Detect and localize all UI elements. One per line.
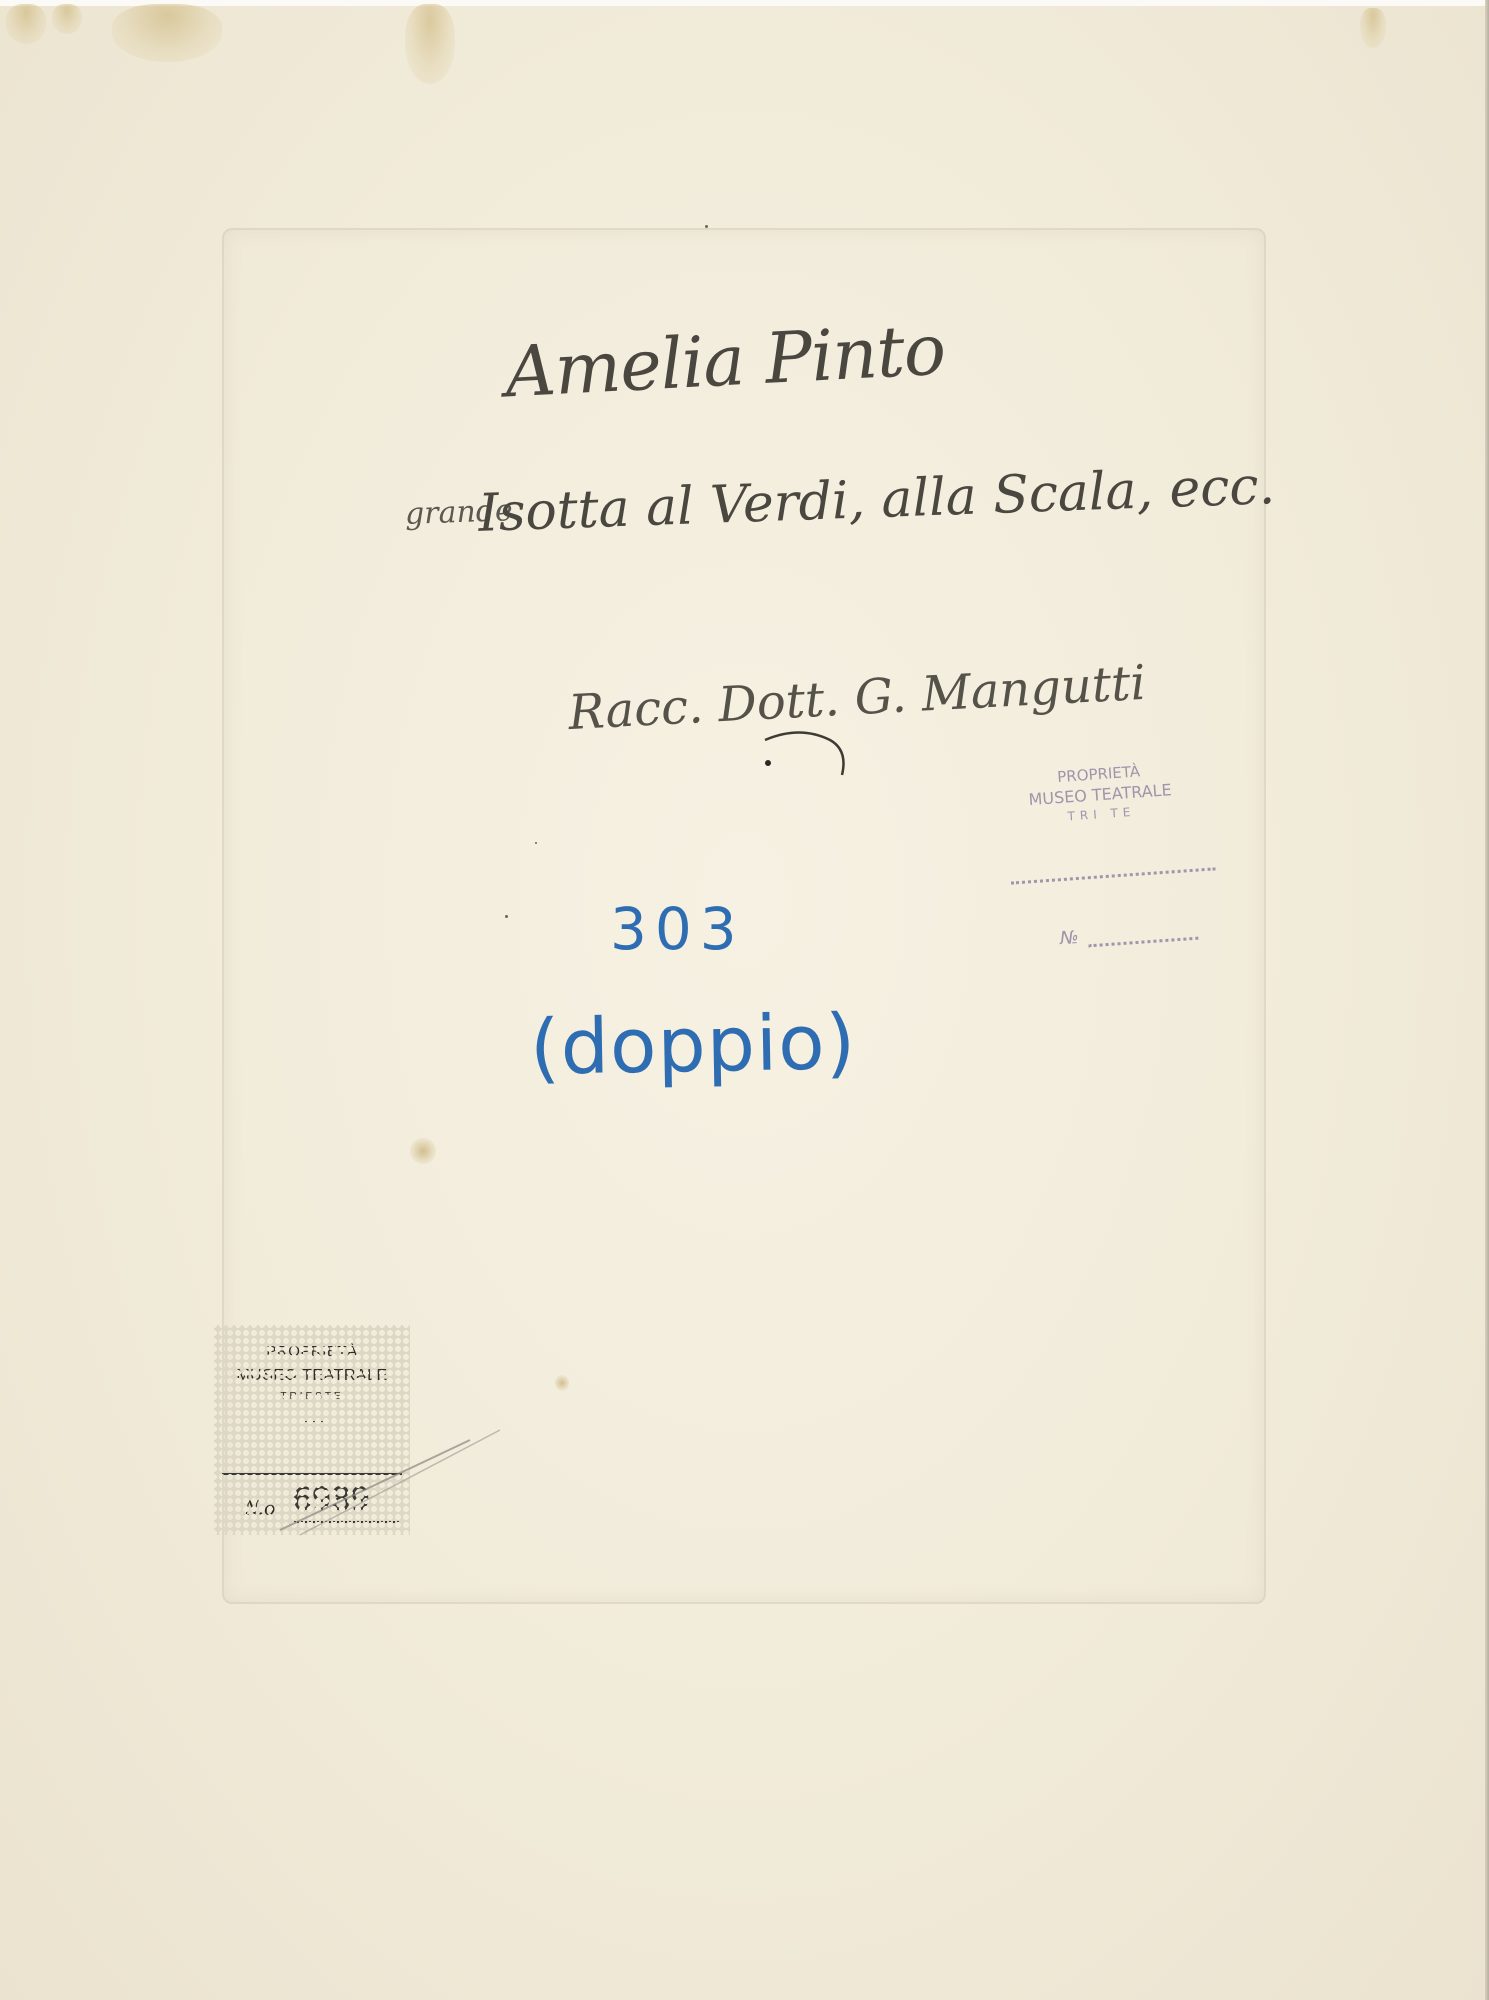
ink-speck: [705, 225, 708, 228]
document-sheet: Amelia Pinto grande Isotta al Verdi, all…: [0, 0, 1489, 2000]
ownership-ink-stamp: PROPRIETÀ MUSEO TEATRALE TRI TE №: [988, 758, 1221, 973]
water-stain: [6, 4, 46, 44]
stamp-divider: [1011, 867, 1216, 884]
stamp-number-label: №: [1059, 927, 1079, 949]
water-stain: [1360, 8, 1386, 48]
water-stain: [405, 4, 455, 84]
pencil-stroke-icon: [270, 1420, 510, 1540]
foxing-spot: [555, 1375, 569, 1391]
foxing-spot: [410, 1138, 436, 1164]
label-line-3: TRIESTE: [214, 1391, 410, 1402]
ink-speck: [505, 915, 508, 918]
inventory-number: 303: [610, 895, 745, 963]
label-line-2: MUSEO TEATRALE: [214, 1367, 410, 1385]
sheet-top-edge: [0, 0, 1489, 6]
ink-speck: [535, 842, 537, 844]
sheet-right-edge: [1485, 0, 1489, 2000]
duplicate-note: (doppio): [529, 997, 857, 1092]
stamp-number-line: [1088, 937, 1198, 948]
signature-flourish-icon: [760, 725, 860, 785]
label-line-1: PROPRIETÀ: [214, 1343, 410, 1360]
water-stain: [52, 4, 82, 34]
water-stain: [112, 4, 222, 62]
